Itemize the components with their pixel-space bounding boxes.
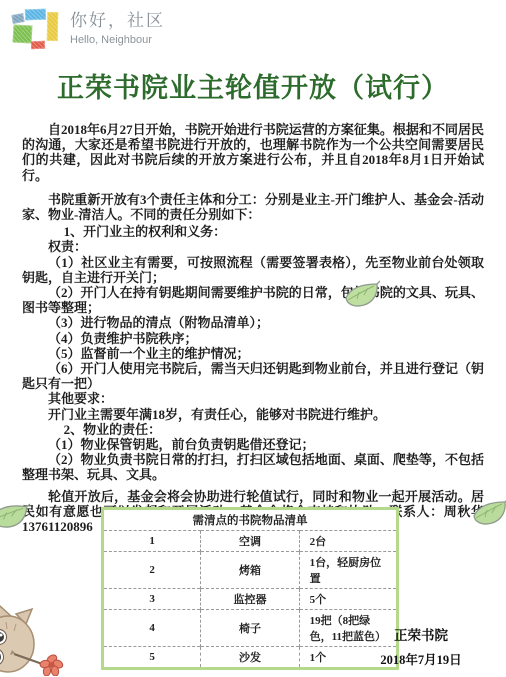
- row-number: 1: [103, 531, 201, 552]
- table-row: 1 空调 2台: [103, 531, 398, 552]
- owner-item-1: （1）社区业主有需要，可按照流程（需要签署表格），先至物业前台处领取钥匙，自主进…: [22, 255, 484, 285]
- owner-item-4: （4）负责维护书院秩序；: [22, 331, 484, 346]
- row-quantity: 1台，轻厨房位置: [299, 552, 397, 589]
- row-number: 2: [103, 552, 201, 589]
- section2-heading: 2、物业的责任：: [22, 422, 484, 437]
- owner-item-5: （5）监督前一个业主的维护情况；: [22, 346, 484, 361]
- logo-blocks-icon: [12, 8, 60, 50]
- logo-title-en: Hello, Neighbour: [70, 34, 165, 46]
- leaf-icon: [472, 498, 506, 533]
- logo-title-cn: 你好，社区: [70, 12, 165, 31]
- community-logo: 你好，社区 Hello, Neighbour: [12, 8, 165, 50]
- row-item: 椅子: [201, 610, 299, 647]
- leaf-icon: [344, 280, 380, 315]
- row-quantity: 5个: [299, 589, 397, 610]
- paragraph-roles: 书院重新开放有3个责任主体和分工：分别是业主-开门维护人、基金会-活动家、物业-…: [22, 192, 484, 222]
- page-title: 正荣书院业主轮值开放（试行）: [0, 66, 506, 105]
- table-title-row: 需清点的书院物品清单: [103, 509, 398, 531]
- table-title: 需清点的书院物品清单: [103, 509, 398, 531]
- notice-document-page: 你好，社区 Hello, Neighbour 正荣书院业主轮值开放（试行） 自2…: [0, 0, 506, 677]
- row-item: 沙发: [201, 647, 299, 669]
- property-item-2: （2）物业负责书院日常的打扫，打扫区域包括地面、桌面、爬垫等，不包括整理书架、玩…: [22, 452, 484, 482]
- logo-text: 你好，社区 Hello, Neighbour: [70, 12, 165, 46]
- row-item: 烤箱: [201, 552, 299, 589]
- other-requirements-label: 其他要求：: [22, 391, 484, 406]
- signature-block: 正荣书院 2018年7月19日: [356, 624, 486, 668]
- table-row: 5 沙发 1个: [103, 647, 398, 669]
- table-row: 2 烤箱 1台，轻厨房位置: [103, 552, 398, 589]
- row-item: 监控器: [201, 589, 299, 610]
- logo-block-red: [31, 41, 45, 49]
- logo-block-green: [13, 25, 33, 44]
- other-requirements-text: 开门业主需要年满18岁，有责任心，能够对书院进行维护。: [22, 407, 484, 422]
- table-row: 4 椅子 19把（8把绿色，11把蓝色）: [103, 610, 398, 647]
- property-item-1: （1）物业保管钥匙，前台负责钥匙借还登记；: [22, 437, 484, 452]
- paragraph-intro: 自2018年6月27日开始，书院开始进行书院运营的方案征集。根据和不同居民的沟通…: [22, 122, 484, 183]
- section1-heading: 1、开门业主的权利和义务：: [22, 224, 484, 239]
- row-item: 空调: [201, 531, 299, 552]
- row-number: 3: [103, 589, 201, 610]
- owner-item-6: （6）开门人使用完书院后，需当天归还钥匙到物业前台，并且进行登记（钥匙只有一把）: [22, 361, 484, 391]
- owner-item-2: （2）开门人在持有钥匙期间需要维护书院的日常，包括书院的文具、玩具、图书等整理；: [22, 285, 484, 315]
- logo-block-steelblue: [11, 13, 24, 24]
- cat-with-flower-illustration: [0, 604, 72, 677]
- leaf-icon: [0, 498, 30, 540]
- signature-org: 正荣书院: [356, 624, 486, 644]
- items-checklist-table: 需清点的书院物品清单 1 空调 2台 2 烤箱 1台，轻厨房位置 3 监控器 5…: [101, 507, 399, 670]
- document-body: 自2018年6月27日开始，书院开始进行书院运营的方案征集。根据和不同居民的沟通…: [22, 122, 484, 534]
- duty-label: 权责：: [22, 239, 484, 254]
- row-quantity: 2台: [299, 531, 397, 552]
- logo-block-yellow: [47, 12, 59, 41]
- row-number: 5: [103, 647, 201, 669]
- owner-item-3: （3）进行物品的清点（附物品清单）；: [22, 315, 484, 330]
- table-row: 3 监控器 5个: [103, 589, 398, 610]
- row-number: 4: [103, 610, 201, 647]
- signature-date: 2018年7月19日: [356, 650, 486, 668]
- logo-block-blue: [25, 9, 46, 21]
